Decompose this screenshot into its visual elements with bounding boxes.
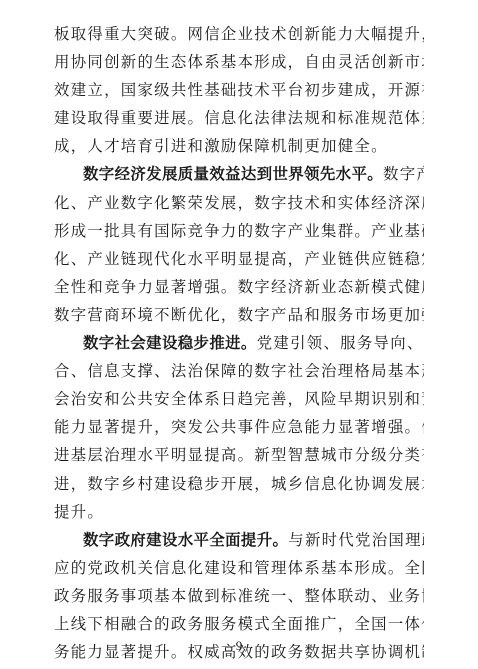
text-line: 数字社会建设稳步推进。党建引领、服务导向、资源整 (54, 329, 424, 357)
text-line: 数字营商环境不断优化，数字产品和服务市场更加强大。 (54, 301, 424, 329)
text-line: 会治安和公共安全体系日趋完善，风险早期识别和预报预警 (54, 385, 424, 413)
paragraph-heading: 数字经济发展质量效益达到世界领先水平。 (83, 165, 383, 183)
text-line: 化、产业数字化繁荣发展，数字技术和实体经济深度融合， (54, 189, 424, 217)
paragraph-digital-society: 数字社会建设稳步推进。党建引领、服务导向、资源整 合、信息支撑、法治保障的数字社… (54, 329, 424, 526)
text-line: 合、信息支撑、法治保障的数字社会治理格局基本形成。社 (54, 357, 424, 385)
body-text: 板取得重大突破。网信企业技术创新能力大幅提升，产学研 用协同创新的生态体系基本形… (54, 20, 424, 666)
text-line: 上线下相融合的政务服务模式全面推广，全国一体化政务服 (54, 610, 424, 638)
text-line: 全性和竞争力显著增强。数字经济新业态新模式健康发展， (54, 273, 424, 301)
text-run: 党建引领、服务导向、资源整 (257, 334, 424, 352)
text-line: 板取得重大突破。网信企业技术创新能力大幅提升，产学研 (54, 20, 424, 48)
page-number: 9 (0, 638, 478, 654)
text-line: 数字经济发展质量效益达到世界领先水平。数字产业 (54, 160, 424, 188)
text-line: 数字政府建设水平全面提升。与新时代党治国理政相适 (54, 526, 424, 554)
paragraph-achievements: 板取得重大突破。网信企业技术创新能力大幅提升，产学研 用协同创新的生态体系基本形… (54, 20, 424, 160)
text-line: 提升。 (54, 498, 424, 526)
paragraph-digital-economy: 数字经济发展质量效益达到世界领先水平。数字产业 化、产业数字化繁荣发展，数字技术… (54, 160, 424, 329)
text-line: 形成一批具有国际竞争力的数字产业集群。产业基础高级 (54, 217, 424, 245)
text-line: 化、产业链现代化水平明显提高，产业链供应链稳定性、安 (54, 245, 424, 273)
text-line: 成，人才培育引进和激励保障机制更加健全。 (54, 132, 424, 160)
text-run: 与新时代党治国理政相适 (288, 531, 424, 549)
text-line: 用协同创新的生态体系基本形成，自由灵活创新市场机制有 (54, 48, 424, 76)
text-run: 数字产业 (383, 165, 424, 183)
text-line: 进基层治理水平明显提高。新型智慧城市分级分类有序推 (54, 441, 424, 469)
text-line: 进，数字乡村建设稳步开展，城乡信息化协调发展水平显著 (54, 470, 424, 498)
text-line: 政务服务事项基本做到标准统一、整体联动、业务协同，线 (54, 582, 424, 610)
paragraph-heading: 数字社会建设稳步推进。 (83, 334, 257, 352)
paragraph-heading: 数字政府建设水平全面提升。 (83, 531, 288, 549)
text-line: 能力显著提升，突发公共事件应急能力显著增强。信息化推 (54, 413, 424, 441)
text-line: 建设取得重要进展。信息化法律法规和标准规范体系基本形 (54, 104, 424, 132)
document-page: 板取得重大突破。网信企业技术创新能力大幅提升，产学研 用协同创新的生态体系基本形… (0, 0, 478, 669)
text-line: 效建立，国家级共性基础技术平台初步建成，开源社区生态 (54, 76, 424, 104)
text-line: 应的党政机关信息化建设和管理体系基本形成。全国范围内 (54, 554, 424, 582)
